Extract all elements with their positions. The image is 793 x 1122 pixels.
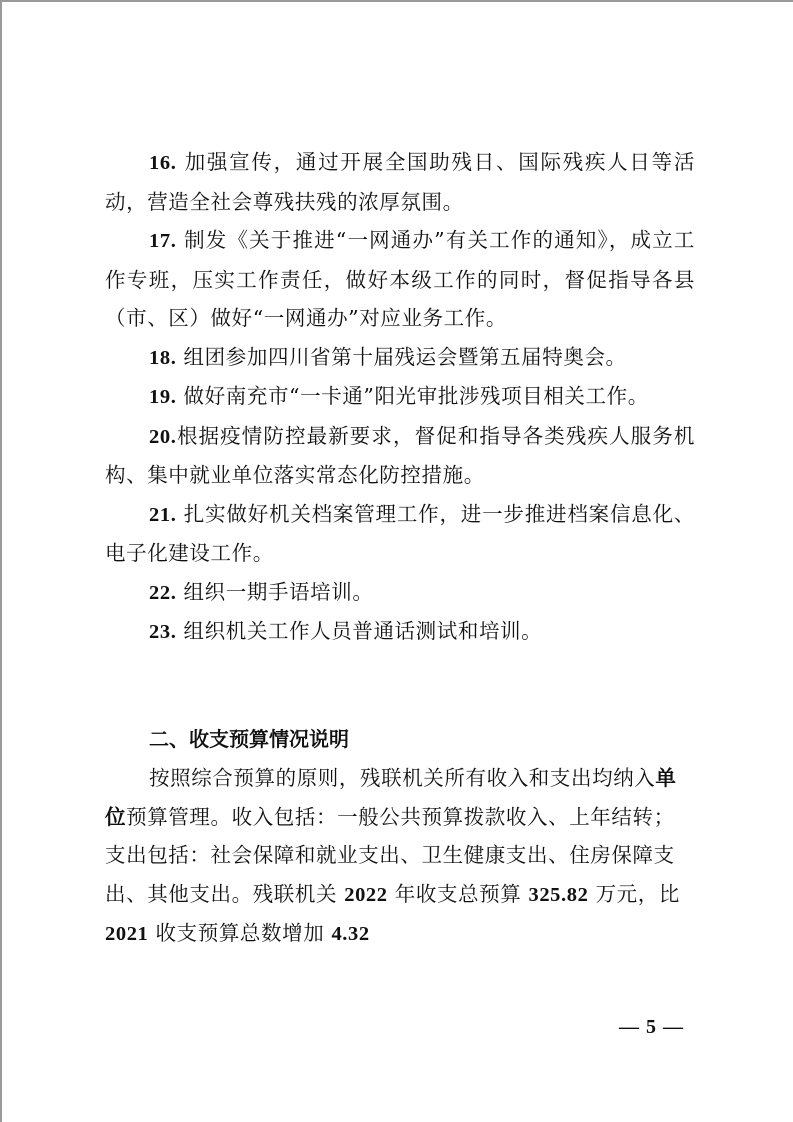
budget-paragraph: 按照综合预算的原则，残联机关所有收入和支出均纳入单位预算管理。收入包括：一般公共… [105, 759, 695, 954]
item-number: 18. [149, 347, 176, 369]
document-page: 16. 加强宣传，通过开展全国助残日、国际残疾人日等活动，营造全社会尊残扶残的浓… [0, 0, 793, 1122]
item-text: 组织一期手语培训。 [176, 580, 373, 604]
item-number: 20. [149, 426, 176, 448]
item-19: 19. 做好南充市“一卡通”阳光审批涉残项目相关工作。 [105, 377, 695, 417]
item-number: 23. [149, 621, 176, 643]
item-number: 16. [149, 152, 176, 174]
budget-increase: 4.32 [331, 923, 369, 945]
item-18: 18. 组团参加四川省第十届残运会暨第五届特奥会。 [105, 338, 695, 378]
section-heading: 二、收支预算情况说明 [149, 720, 349, 758]
budget-year: 2022 [344, 884, 387, 906]
budget-total: 325.82 [528, 884, 588, 906]
work-items: 16. 加强宣传，通过开展全国助残日、国际残疾人日等活动，营造全社会尊残扶残的浓… [105, 143, 695, 652]
item-text: 加强宣传，通过开展全国助残日、国际残疾人日等活动，营造全社会尊残扶残的浓厚氛围。 [105, 150, 695, 214]
budget-text-part: 按照综合预算的原则，残联机关所有收入和支出均纳入 [149, 766, 655, 790]
item-number: 19. [149, 386, 176, 408]
item-17: 17. 制发《关于推进“一网通办”有关工作的通知》，成立工作专班，压实工作责任，… [105, 221, 695, 338]
item-number: 22. [149, 582, 176, 604]
budget-text-part: 万元，比 [588, 882, 680, 906]
item-text: 扎实做好机关档案管理工作，进一步推进档案信息化、电子化建设工作。 [105, 502, 695, 566]
item-text: 制发《关于推进“一网通办”有关工作的通知》，成立工作专班，压实工作责任，做好本级… [105, 228, 695, 330]
item-text: 组织机关工作人员普通话测试和培训。 [176, 619, 542, 643]
item-text: 做好南充市“一卡通”阳光审批涉残项目相关工作。 [176, 384, 648, 408]
budget-text-part: 年收支总预算 [388, 882, 529, 906]
budget-text-part: 收支预算总数增加 [148, 921, 331, 945]
item-number: 17. [149, 230, 176, 252]
item-number: 21. [149, 504, 176, 526]
budget-text: 按照综合预算的原则，残联机关所有收入和支出均纳入单位预算管理。收入包括：一般公共… [105, 759, 695, 954]
item-text: 根据疫情防控最新要求，督促和指导各类残疾人服务机构、集中就业单位落实常态化防控措… [105, 424, 695, 488]
item-22: 22. 组织一期手语培训。 [105, 573, 695, 613]
budget-prior-year: 2021 [105, 923, 148, 945]
item-16: 16. 加强宣传，通过开展全国助残日、国际残疾人日等活动，营造全社会尊残扶残的浓… [105, 143, 695, 221]
item-20: 20.根据疫情防控最新要求，督促和指导各类残疾人服务机构、集中就业单位落实常态化… [105, 417, 695, 495]
item-23: 23. 组织机关工作人员普通话测试和培训。 [105, 612, 695, 652]
item-21: 21. 扎实做好机关档案管理工作，进一步推进档案信息化、电子化建设工作。 [105, 495, 695, 573]
item-text: 组团参加四川省第十届残运会暨第五届特奥会。 [176, 345, 626, 369]
page-number: — 5 — [619, 1016, 684, 1039]
